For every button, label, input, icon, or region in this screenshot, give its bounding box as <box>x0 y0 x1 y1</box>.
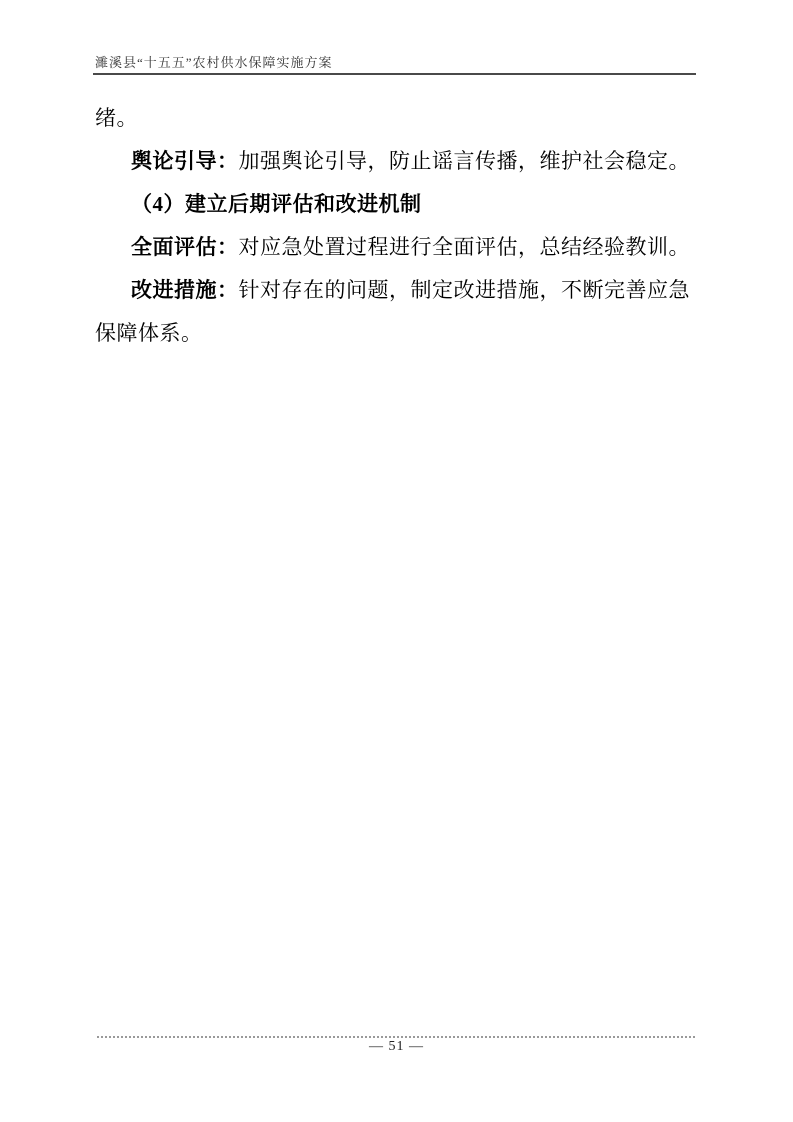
document-body: 绪。 舆论引导：加强舆论引导，防止谣言传播，维护社会稳定。 （4）建立后期评估和… <box>95 97 695 355</box>
paragraph-improvement-measures: 改进措施：针对存在的问题，制定改进措施，不断完善应急保障体系。 <box>95 269 695 355</box>
document-page: 濉溪县“十五五”农村供水保障实施方案 绪。 舆论引导：加强舆论引导，防止谣言传播… <box>0 0 793 1122</box>
paragraph-lead: 舆论引导： <box>131 149 239 173</box>
paragraph-carryover: 绪。 <box>95 97 695 140</box>
paragraph-text-line2: 保障体系。 <box>95 321 203 345</box>
paragraph-text: 对应急处置过程进行全面评估，总结经验教训。 <box>239 235 691 259</box>
header-rule <box>93 73 696 75</box>
footer-rule <box>97 1036 695 1038</box>
paragraph-text-line1: 针对存在的问题，制定改进措施，不断完善应急 <box>239 278 691 302</box>
paragraph-lead: 改进措施： <box>131 278 239 302</box>
paragraph-full-evaluation: 全面评估：对应急处置过程进行全面评估，总结经验教训。 <box>95 226 695 269</box>
paragraph-text: 加强舆论引导，防止谣言传播，维护社会稳定。 <box>239 149 691 173</box>
header-title: 濉溪县“十五五”农村供水保障实施方案 <box>95 52 333 71</box>
section-heading: （4）建立后期评估和改进机制 <box>95 183 695 226</box>
page-number: — 51 — <box>0 1039 793 1055</box>
paragraph-opinion-guidance: 舆论引导：加强舆论引导，防止谣言传播，维护社会稳定。 <box>95 140 695 183</box>
paragraph-lead: 全面评估： <box>131 235 239 259</box>
